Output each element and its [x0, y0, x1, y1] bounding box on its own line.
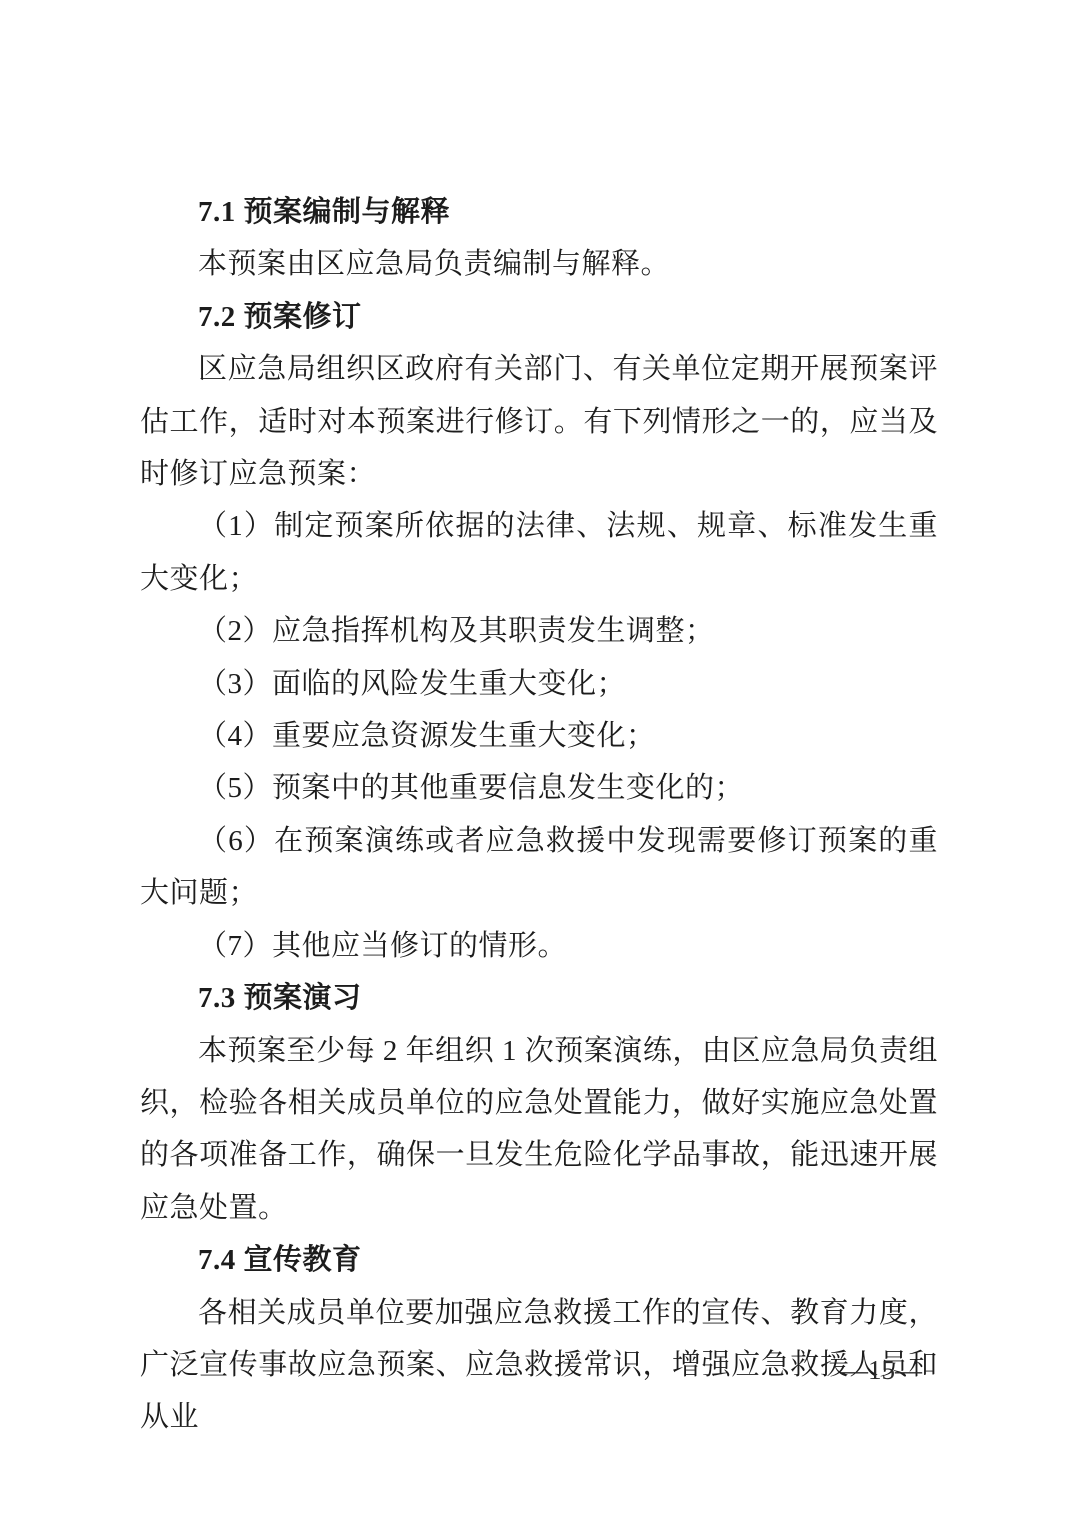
list-item-6: （6）在预案演练或者应急救援中发现需要修订预案的重大问题； [140, 815, 938, 920]
list-item-4: （4）重要应急资源发生重大变化； [140, 710, 938, 762]
section-heading-7-1: 7.1 预案编制与解释 [140, 186, 938, 238]
section-heading-7-3: 7.3 预案演习 [140, 972, 938, 1024]
paragraph: 本预案由区应急局负责编制与解释。 [140, 238, 938, 290]
list-item-2: （2）应急指挥机构及其职责发生调整； [140, 605, 938, 657]
list-item-3: （3）面临的风险发生重大变化； [140, 658, 938, 710]
paragraph: 各相关成员单位要加强应急救援工作的宣传、教育力度，广泛宣传事故应急预案、应急救援… [140, 1287, 938, 1444]
paragraph: 本预案至少每 2 年组织 1 次预案演练，由区应急局负责组织，检验各相关成员单位… [140, 1025, 938, 1235]
section-heading-7-4: 7.4 宣传教育 [140, 1234, 938, 1286]
list-item-5: （5）预案中的其他重要信息发生变化的； [140, 762, 938, 814]
page-number: —15— [841, 1352, 922, 1388]
document-body: 7.1 预案编制与解释 本预案由区应急局负责编制与解释。 7.2 预案修订 区应… [140, 186, 938, 1444]
section-heading-7-2: 7.2 预案修订 [140, 291, 938, 343]
paragraph: 区应急局组织区政府有关部门、有关单位定期开展预案评估工作，适时对本预案进行修订。… [140, 343, 938, 500]
list-item-7: （7）其他应当修订的情形。 [140, 920, 938, 972]
list-item-1: （1）制定预案所依据的法律、法规、规章、标准发生重大变化； [140, 500, 938, 605]
document-page: 7.1 预案编制与解释 本预案由区应急局负责编制与解释。 7.2 预案修订 区应… [0, 0, 1074, 1520]
